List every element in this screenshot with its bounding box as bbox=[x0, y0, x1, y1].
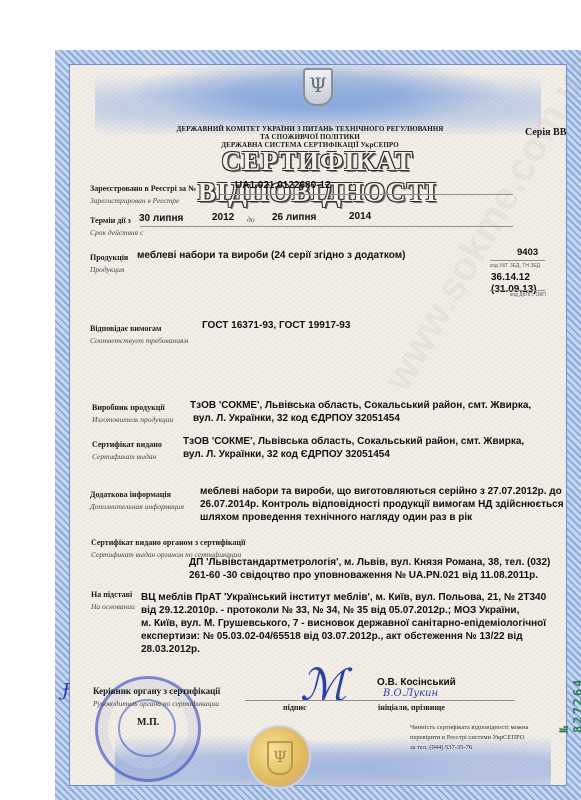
code-dkpp: 36.14.12 bbox=[491, 272, 530, 283]
manufacturer-line-1: ТзОВ 'СОКМЕ', Львівська область, Сокальс… bbox=[190, 400, 531, 411]
issued-to-label: Сертифікат видано bbox=[92, 440, 162, 449]
registry-label: Зареєстровано в Реєстрі за № bbox=[90, 184, 196, 193]
requirements-value: ГОСТ 16371-93, ГОСТ 19917-93 bbox=[202, 320, 350, 331]
signature-line bbox=[245, 700, 515, 701]
additional-info-line-1: меблеві набори та вироби, що виготовляют… bbox=[200, 486, 562, 497]
basis-line-1: ВЦ меблів ПрАТ 'Український інститут меб… bbox=[141, 592, 546, 603]
basis-line-2: від 29.12.2010р. - протоколи № 33, № 34,… bbox=[141, 605, 519, 616]
validity-to-year: 2014 bbox=[349, 211, 371, 222]
basis-line-3: м. Київ, вул. М. Грушевського, 7 - висно… bbox=[141, 618, 546, 629]
left-initials-signature: Ɉ bbox=[62, 680, 69, 701]
issued-to-line-2: вул. Л. Українки, 32 код ЄДРПОУ 32051454 bbox=[183, 449, 390, 460]
product-label-ru: Продукция bbox=[90, 265, 124, 274]
product-label: Продукція bbox=[90, 253, 128, 262]
cert-body-line-2: 261-60 -30 свідоцтво про уповноваження №… bbox=[189, 570, 538, 581]
name-caption: ініціали, прізвище bbox=[378, 703, 445, 712]
basis-label-ru: На основании bbox=[91, 602, 135, 611]
additional-info-line-3: шляхом проведення технічного нагляду оди… bbox=[200, 512, 472, 523]
requirements-label: Відповідає вимогам bbox=[90, 324, 161, 333]
verification-note-1: Чинність сертифіката відповідності можна bbox=[410, 723, 529, 733]
registry-underline bbox=[220, 194, 513, 195]
seal-place: М.П. bbox=[137, 717, 159, 728]
verification-note-2: перевірити в Реєстрі системи УкрСЕПРО bbox=[410, 733, 524, 743]
registry-label-ru: Зарегистрирован в Реестре bbox=[90, 196, 179, 205]
signature-caption: підпис bbox=[283, 703, 307, 712]
basis-label: На підставі bbox=[91, 590, 132, 599]
director-name: О.В. Косінський bbox=[377, 677, 456, 688]
cert-body-line-1: ДП 'Львівстандартметрологія', м. Львів, … bbox=[189, 557, 550, 568]
hologram-trident-icon: Ψ bbox=[267, 741, 293, 775]
code-dkpp-caption: код ДКПП, ОКП bbox=[510, 292, 546, 298]
basis-line-5: 28.03.2012р. bbox=[141, 644, 200, 655]
manufacturer-label-ru: Изготовитель продукции bbox=[92, 415, 173, 424]
validity-underline bbox=[140, 226, 513, 227]
head-label: Керівник органу з сертифікації bbox=[93, 686, 220, 696]
manufacturer-label: Виробник продукції bbox=[92, 403, 165, 412]
issued-to-label-ru: Сертификат выдан bbox=[92, 452, 156, 461]
series-label: Серія ВВ bbox=[525, 127, 566, 138]
additional-info-label: Додаткова інформація bbox=[90, 490, 171, 499]
validity-label: Термін дії з bbox=[90, 216, 131, 225]
manufacturer-line-2: вул. Л. Українки, 32 код ЄДРПОУ 32051454 bbox=[193, 413, 400, 424]
issued-to-line-1: ТзОВ 'СОКМЕ', Львівська область, Сокальс… bbox=[183, 436, 524, 447]
additional-info-line-2: 26.07.2014р. Контроль відповідності прод… bbox=[200, 499, 564, 510]
hologram-emblem: Ψ bbox=[247, 725, 311, 789]
serial-number: № 827264 bbox=[557, 678, 581, 733]
product-description: меблеві набори та вироби (24 серії згідн… bbox=[137, 250, 406, 261]
handwritten-name: В.О.Лукин bbox=[383, 688, 438, 699]
validity-to-date: 26 липня bbox=[272, 212, 316, 223]
registry-number: UA1.021.0122680-12 bbox=[235, 180, 331, 191]
basis-line-4: експертизи: № 05.03.02-04/65518 від 03.0… bbox=[141, 631, 523, 642]
validity-from-year: 2012 bbox=[212, 212, 234, 223]
document-title: СЕРТИФІКАТ ВІДПОВІДНОСТІ bbox=[145, 146, 490, 208]
director-signature: ℳ bbox=[300, 660, 347, 711]
additional-info-label-ru: Дополнительная информация bbox=[90, 502, 184, 511]
code-ukt-underline bbox=[490, 260, 545, 261]
cert-body-label: Сертифікат видано органом з сертифікації bbox=[91, 538, 245, 547]
validity-to-word: до bbox=[247, 215, 255, 224]
code-ukt-caption: код УКТ ЗЕД, ТН ЗЕД bbox=[490, 263, 540, 269]
trident-emblem-icon: Ψ bbox=[303, 68, 333, 106]
head-label-ru: Руководитель органа по сертификации bbox=[93, 699, 219, 708]
validity-from-date: 30 липня bbox=[139, 213, 183, 224]
code-dkpp-underline bbox=[490, 290, 545, 291]
verification-note-3: за тел. (044) 537-35-76 bbox=[410, 743, 472, 753]
validity-label-ru: Срок действия с bbox=[90, 228, 143, 237]
code-ukt-zed: 9403 bbox=[517, 247, 538, 258]
requirements-label-ru: Соответствует требованиям bbox=[90, 336, 188, 345]
